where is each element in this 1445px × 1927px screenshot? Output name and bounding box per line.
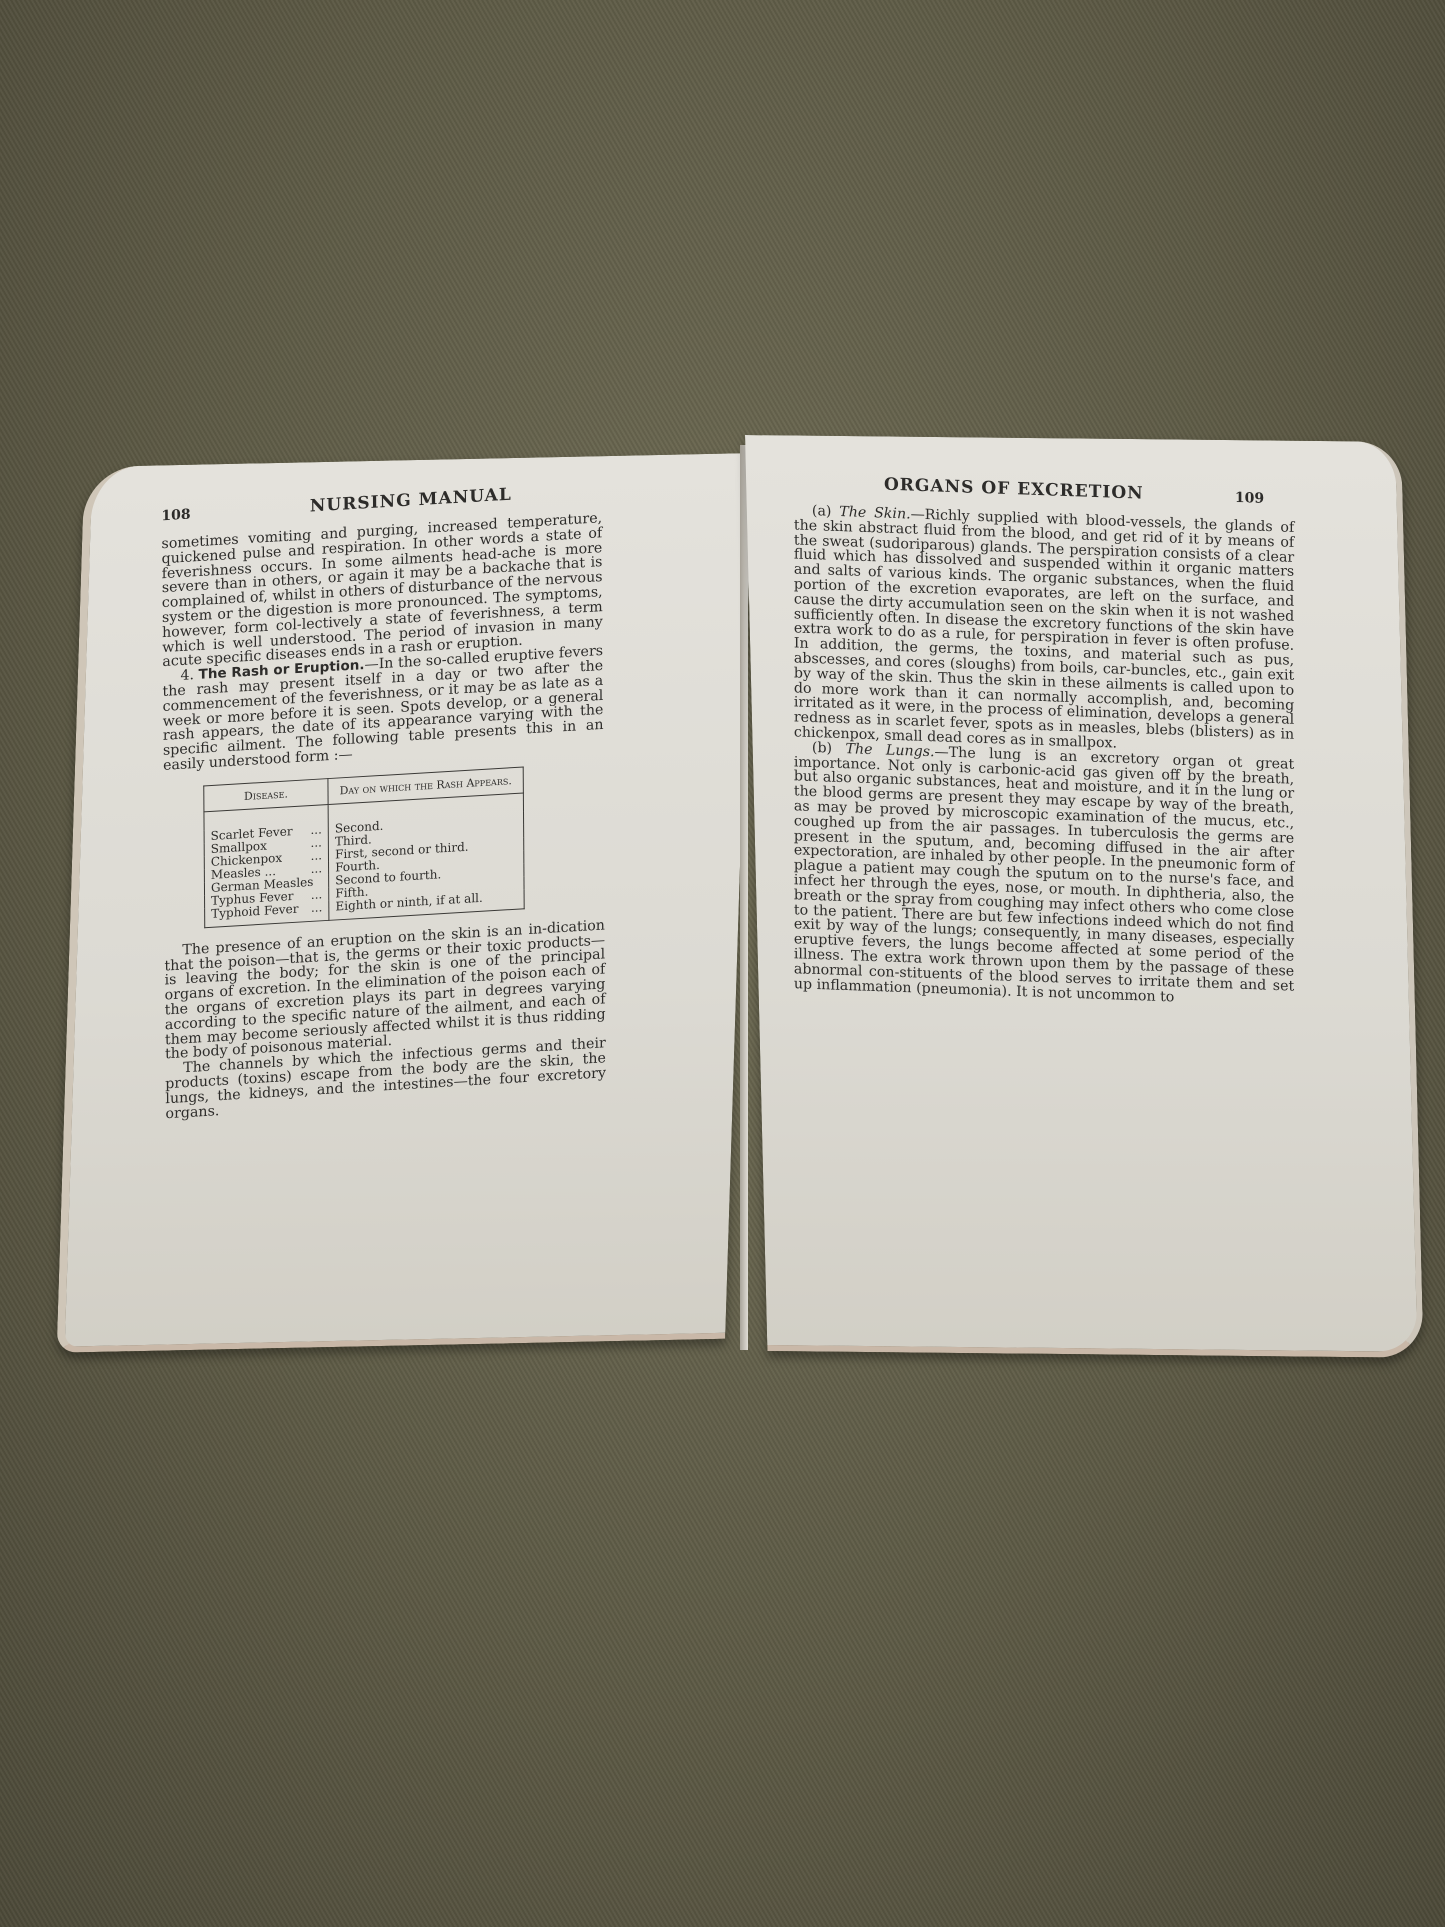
right-page-content: ORGANS OF EXCRETION 109 (a) The Skin.—Ri… <box>794 472 1294 1009</box>
page-number: 108 <box>161 507 190 525</box>
page-number: 109 <box>1235 490 1264 507</box>
running-title: NURSING MANUAL <box>310 485 512 517</box>
skin-paragraph: (a) The Skin.—Richly supplied with blood… <box>794 503 1294 757</box>
rash-table: Disease. Day on which the Rash Appears. … <box>203 766 524 928</box>
book-gutter <box>740 445 748 1350</box>
running-title: ORGANS OF EXCRETION <box>884 475 1144 504</box>
right-running-head: ORGANS OF EXCRETION 109 <box>794 472 1294 509</box>
open-book: 108 NURSING MANUAL sometimes vomiting an… <box>80 435 1410 1355</box>
right-page: ORGANS OF EXCRETION 109 (a) The Skin.—Ri… <box>745 435 1424 1358</box>
lungs-paragraph: (b) The Lungs.—The lung is an excretory … <box>794 740 1294 1009</box>
left-page: 108 NURSING MANUAL sometimes vomiting an… <box>57 453 753 1353</box>
left-page-content: 108 NURSING MANUAL sometimes vomiting an… <box>161 479 606 1121</box>
